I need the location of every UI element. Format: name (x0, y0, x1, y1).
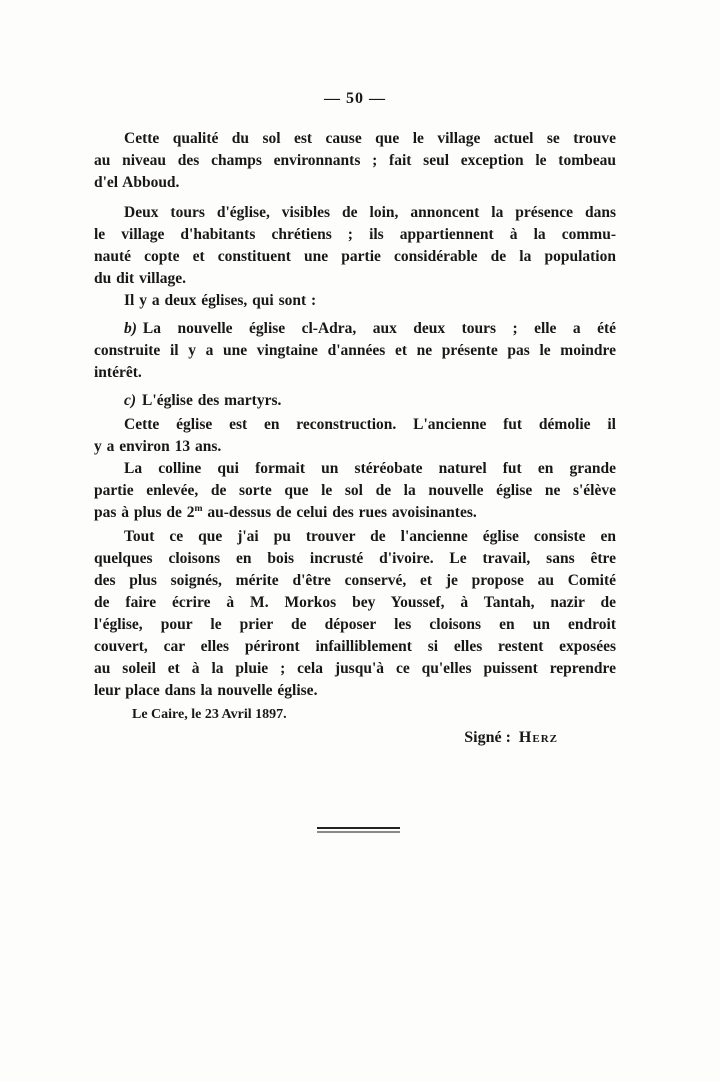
text-line: couvert, car elles périront infailliblem… (94, 636, 616, 658)
text-line: du dit village. (94, 268, 616, 290)
text-line: construite il y a une vingtaine d'années… (94, 340, 616, 362)
text-line: au soleil et à la pluie ; cela jusqu'à c… (94, 658, 616, 680)
text-line: Tout ce que j'ai pu trouver de l'ancienn… (94, 526, 616, 548)
text-line: nauté copte et constituent une partie co… (94, 246, 616, 268)
page-number: — 50 — (94, 88, 616, 110)
text-line: le village d'habitants chrétiens ; ils a… (94, 224, 616, 246)
text-line: partie enlevée, de sorte que le sol de l… (94, 480, 616, 502)
signature-label: Signé : (464, 729, 511, 746)
scanned-document-page: — 50 — Cette qualité du sol est cause qu… (0, 0, 720, 1082)
paragraph: Tout ce que j'ai pu trouver de l'ancienn… (94, 526, 616, 702)
paragraph: Cette église est en reconstruction. L'an… (94, 414, 616, 458)
paragraph-item-b: b)La nouvelle église cl-Adra, aux deux t… (94, 318, 616, 384)
text-line: Cette église est en reconstruction. L'an… (94, 414, 616, 436)
text-span: L'église des martyrs. (142, 392, 281, 409)
text-span: pas à plus de 2 (94, 504, 194, 521)
text-line: de faire écrire à M. Morkos bey Youssef,… (94, 592, 616, 614)
paragraph-item-c: c)L'église des martyrs. (94, 390, 616, 412)
text-line: y a environ 13 ans. (94, 436, 616, 458)
date-line: Le Caire, le 23 Avril 1897. (132, 705, 616, 725)
text-line: La colline qui formait un stéréobate nat… (94, 458, 616, 480)
text-line: quelques cloisons en bois incrusté d'ivo… (94, 548, 616, 570)
text-line: d'el Abboud. (94, 172, 616, 194)
paragraph: Deux tours d'église, visibles de loin, a… (94, 202, 616, 312)
signature-name: Herz (519, 729, 558, 746)
section-divider (317, 827, 400, 833)
text-line: Deux tours d'église, visibles de loin, a… (94, 202, 616, 224)
text-line: Cette qualité du sol est cause que le vi… (94, 128, 616, 150)
signature-line: Signé :Herz (94, 727, 616, 749)
paragraph: La colline qui formait un stéréobate nat… (94, 458, 616, 524)
text-span: au-dessus de celui des rues avoisinantes… (202, 504, 476, 521)
text-line: leur place dans la nouvelle église. (94, 680, 616, 702)
list-marker: c) (124, 392, 136, 409)
text-line: intérêt. (94, 362, 616, 384)
text-line: au niveau des champs environnants ; fait… (94, 150, 616, 172)
divider-rule-bottom (317, 831, 400, 833)
text-line: des plus soignés, mérite d'être conservé… (94, 570, 616, 592)
text-line: c)L'église des martyrs. (94, 390, 616, 412)
paragraph: Cette qualité du sol est cause que le vi… (94, 128, 616, 194)
text-block: — 50 — Cette qualité du sol est cause qu… (94, 88, 616, 749)
text-line: b)La nouvelle église cl-Adra, aux deux t… (94, 318, 616, 340)
divider-rule-top (317, 827, 400, 829)
list-marker: b) (124, 320, 137, 337)
text-line: Il y a deux églises, qui sont : (94, 290, 616, 312)
text-line: pas à plus de 2m au-dessus de celui des … (94, 502, 616, 524)
text-line: l'église, pour le prier de déposer les c… (94, 614, 616, 636)
text-span: La nouvelle église cl-Adra, aux deux tou… (143, 320, 616, 337)
